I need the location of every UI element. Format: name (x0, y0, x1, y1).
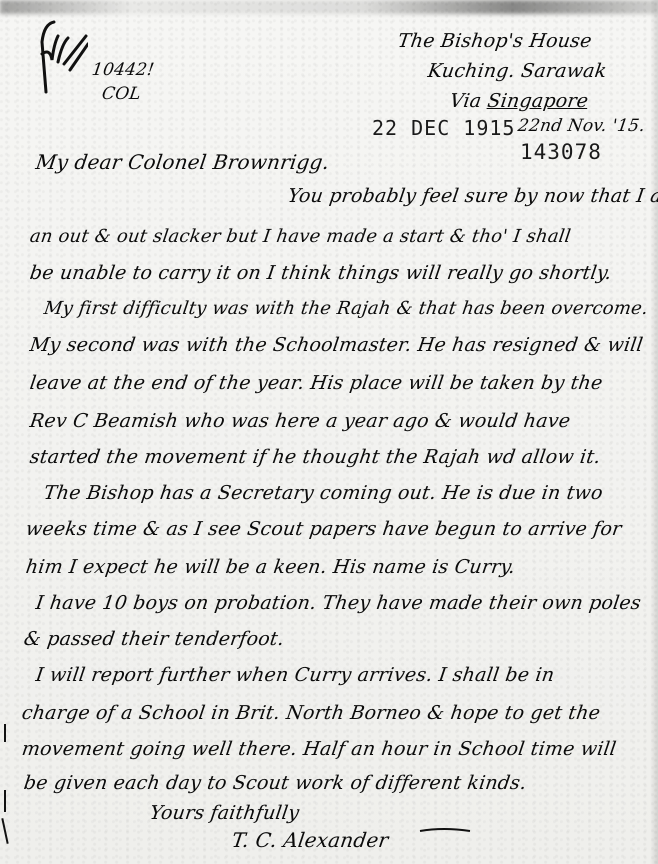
body-line: & passed their tenderfoot. (22, 628, 285, 650)
address-place: Singapore (486, 90, 590, 112)
body-line: I have 10 boys on probation. They have m… (34, 592, 642, 614)
body-line: be given each day to Scout work of diffe… (22, 772, 528, 794)
margin-mark (1, 818, 8, 844)
body-line: an out & out slacker but I have made a s… (29, 226, 573, 247)
address-line-1: The Bishop's House (396, 30, 593, 52)
body-line: You probably feel sure by now that I am (286, 185, 658, 207)
department-code: COL (101, 84, 143, 104)
address-line-3: Via Singapore (448, 90, 589, 112)
margin-mark (4, 724, 6, 742)
body-line: him I expect he will be a keen. His name… (24, 556, 516, 578)
body-line: I will report further when Curry arrives… (34, 664, 555, 686)
body-line: weeks time & as I see Scout papers have … (24, 518, 623, 540)
body-line: leave at the end of the year. His place … (28, 372, 604, 394)
salutation: My dear Colonel Brownrigg. (34, 150, 331, 174)
received-date-stamp: 22 DEC 1915 (372, 116, 515, 140)
body-line: My second was with the Schoolmaster. He … (28, 334, 644, 356)
scan-smudge (0, 0, 658, 14)
scan-edge-shadow (650, 0, 658, 864)
signature-flourish (418, 826, 473, 834)
body-line: charge of a School in Brit. North Borneo… (20, 702, 601, 724)
letter-date: 22nd Nov. '15. (517, 116, 647, 136)
closing: Yours faithfully (148, 802, 300, 824)
body-line: started the movement if he thought the R… (28, 446, 602, 468)
letter-page: 10442! COL The Bishop's House Kuching. S… (0, 0, 658, 864)
body-line: My first difficulty was with the Rajah &… (43, 298, 650, 319)
address-line-2: Kuching. Sarawak (426, 60, 608, 82)
file-initials-mark (28, 14, 88, 94)
body-line: be unable to carry it on I think things … (28, 262, 613, 284)
address-via: Via (448, 90, 489, 112)
body-line: The Bishop has a Secretary coming out. H… (42, 482, 604, 504)
registry-number-stamp: 143078 (520, 140, 602, 164)
reference-number: 10442! (91, 60, 156, 80)
body-line: Rev C Beamish who was here a year ago & … (28, 410, 571, 432)
margin-mark (4, 790, 6, 812)
signature: T. C. Alexander (230, 828, 390, 852)
body-line: movement going well there. Half an hour … (20, 738, 617, 760)
